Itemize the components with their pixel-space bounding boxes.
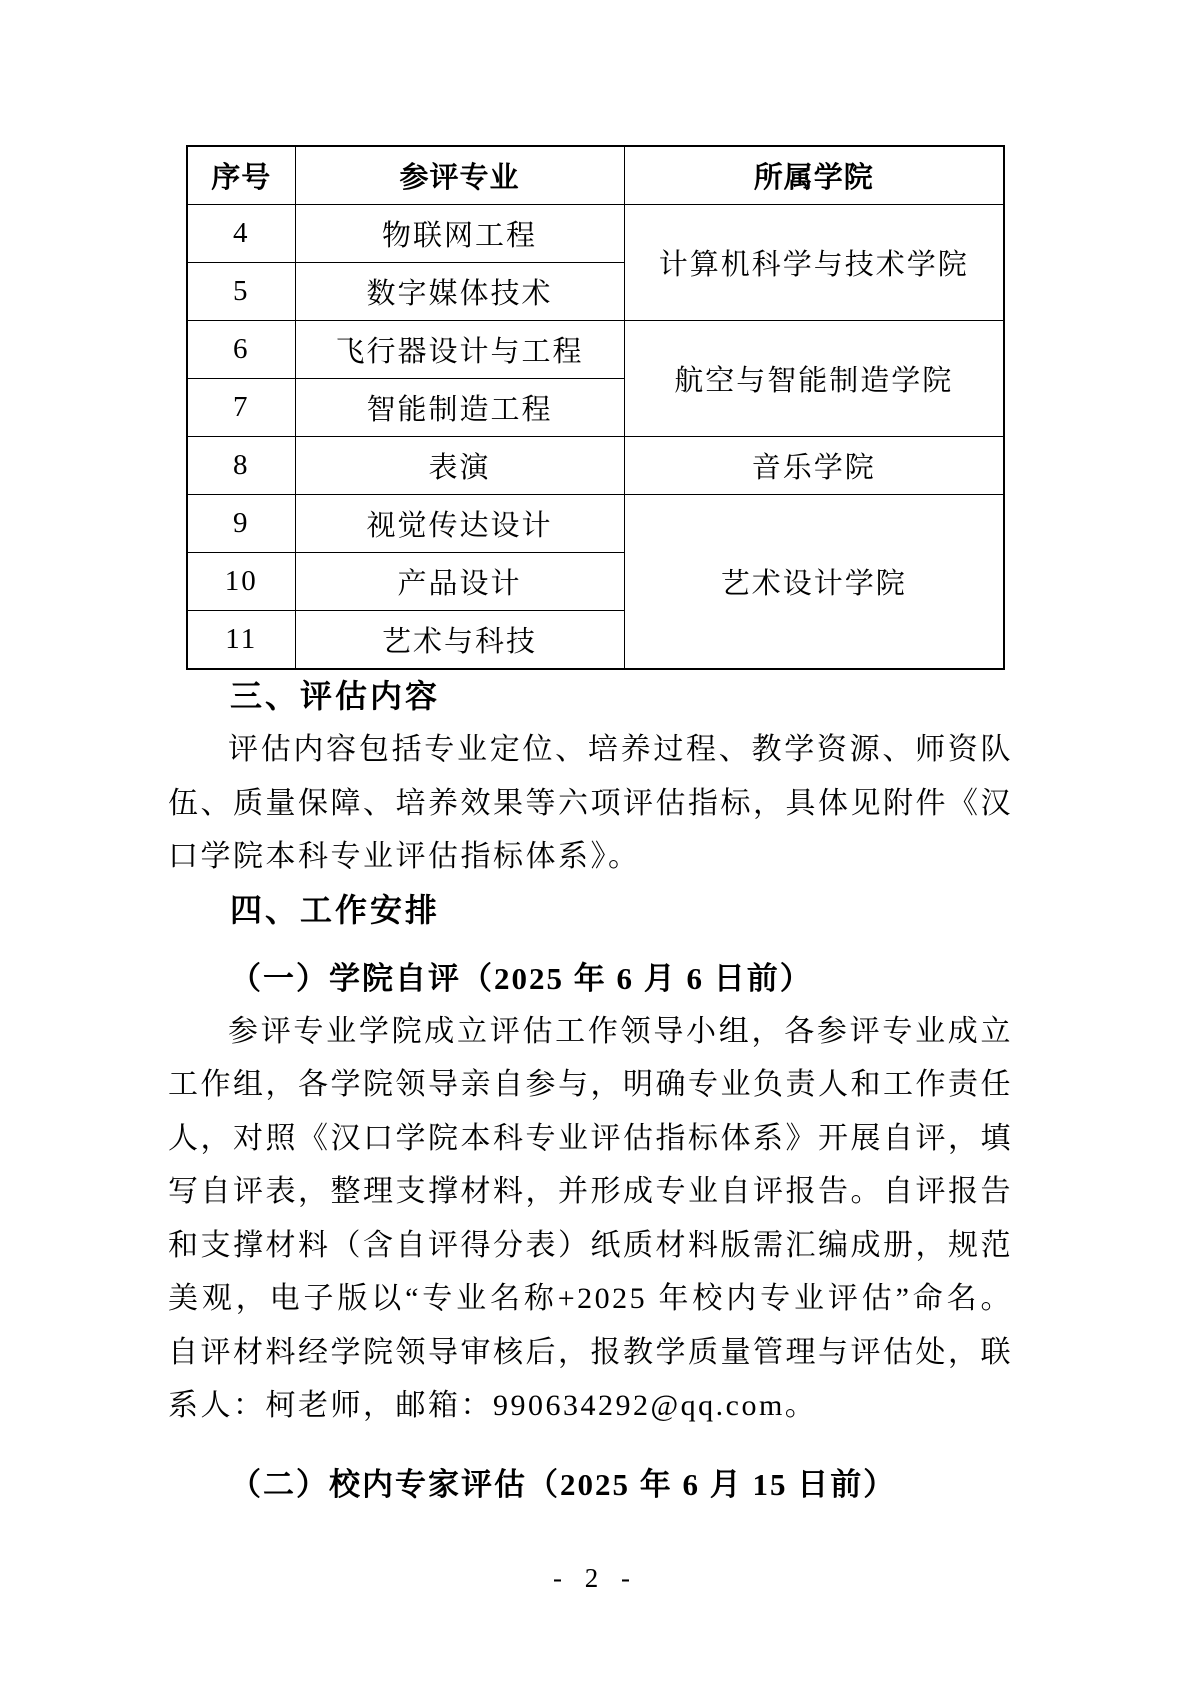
cell-major: 数字媒体技术: [295, 263, 624, 321]
cell-no: 7: [187, 379, 295, 437]
section-4-2-heading: （二）校内专家评估（2025 年 6 月 15 日前）: [168, 1458, 1013, 1511]
table-row: 6 飞行器设计与工程 航空与智能制造学院: [187, 321, 1004, 379]
majors-table: 序号 参评专业 所属学院 4 物联网工程 计算机科学与技术学院 5 数字媒体技术…: [186, 145, 1005, 670]
cell-major: 艺术与科技: [295, 611, 624, 670]
cell-major: 物联网工程: [295, 205, 624, 263]
cell-no: 5: [187, 263, 295, 321]
cell-major: 智能制造工程: [295, 379, 624, 437]
cell-college: 艺术设计学院: [624, 495, 1004, 670]
section-3-heading: 三、评估内容: [168, 670, 1013, 723]
cell-no: 11: [187, 611, 295, 670]
cell-no: 8: [187, 437, 295, 495]
cell-no: 6: [187, 321, 295, 379]
section-4-1-heading: （一）学院自评（2025 年 6 月 6 日前）: [168, 952, 1013, 1005]
cell-no: 4: [187, 205, 295, 263]
header-serial-number: 序号: [187, 146, 295, 205]
cell-college: 航空与智能制造学院: [624, 321, 1004, 437]
cell-major: 视觉传达设计: [295, 495, 624, 553]
cell-major: 产品设计: [295, 553, 624, 611]
cell-college: 音乐学院: [624, 437, 1004, 495]
table-row: 8 表演 音乐学院: [187, 437, 1004, 495]
cell-college: 计算机科学与技术学院: [624, 205, 1004, 321]
document-page: 序号 参评专业 所属学院 4 物联网工程 计算机科学与技术学院 5 数字媒体技术…: [0, 0, 1191, 1684]
table-row: 9 视觉传达设计 艺术设计学院: [187, 495, 1004, 553]
page-content: 序号 参评专业 所属学院 4 物联网工程 计算机科学与技术学院 5 数字媒体技术…: [168, 0, 1013, 1511]
header-major: 参评专业: [295, 146, 624, 205]
section-4-1-paragraph: 参评专业学院成立评估工作领导小组，各参评专业成立工作组，各学院领导亲自参与，明确…: [168, 1005, 1013, 1433]
header-college: 所属学院: [624, 146, 1004, 205]
table-header-row: 序号 参评专业 所属学院: [187, 146, 1004, 205]
cell-major: 表演: [295, 437, 624, 495]
cell-major: 飞行器设计与工程: [295, 321, 624, 379]
section-4-heading: 四、工作安排: [168, 884, 1013, 937]
table-row: 4 物联网工程 计算机科学与技术学院: [187, 205, 1004, 263]
page-number: - 2 -: [0, 1556, 1191, 1600]
cell-no: 9: [187, 495, 295, 553]
cell-no: 10: [187, 553, 295, 611]
section-3-paragraph: 评估内容包括专业定位、培养过程、教学资源、师资队伍、质量保障、培养效果等六项评估…: [168, 723, 1013, 884]
